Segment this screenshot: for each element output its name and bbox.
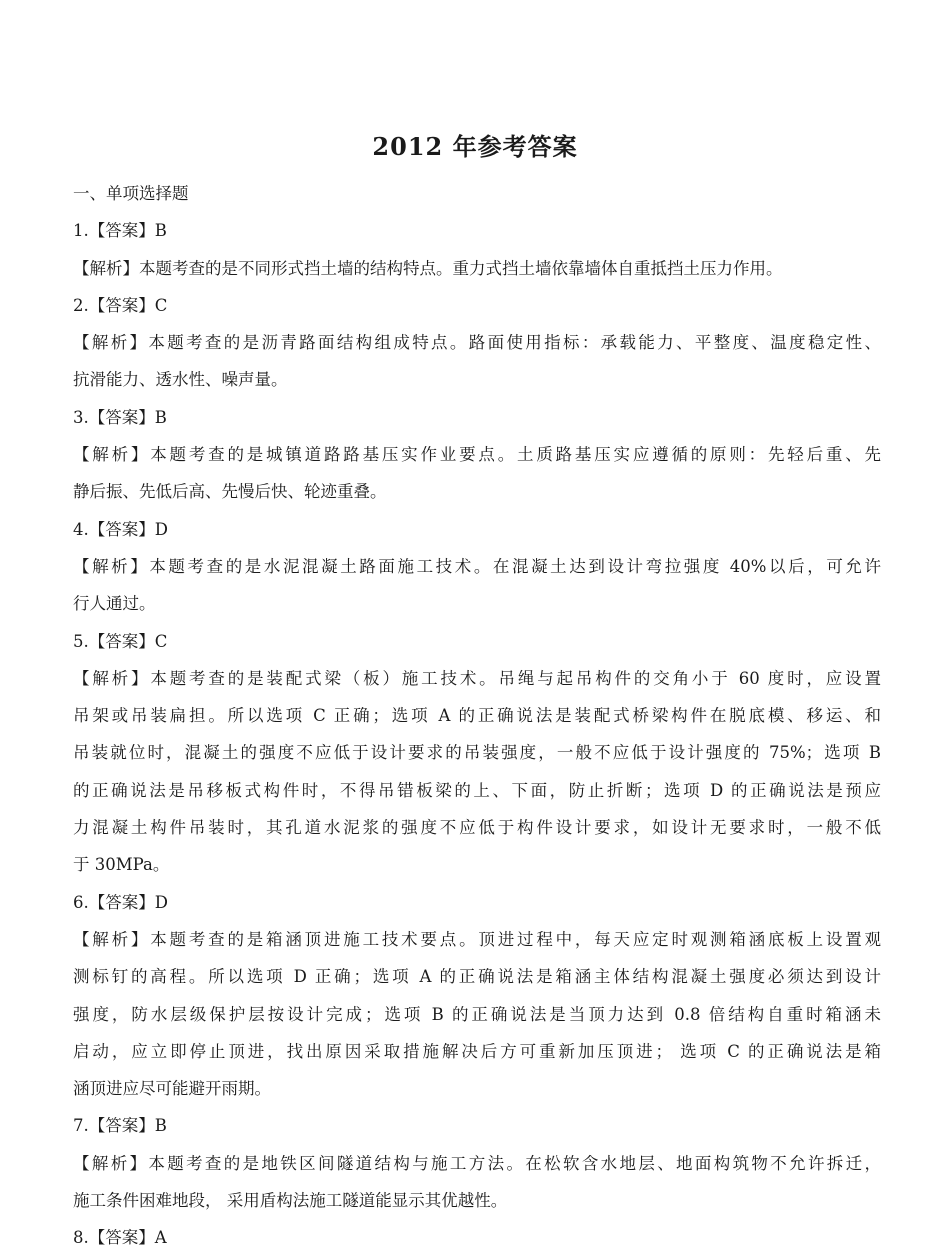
analysis-line: 抗滑能力、透水性、噪声量。: [73, 361, 881, 398]
analysis-line: 【解析】本题考查的是沥青路面结构组成特点。路面使用指标：承载能力、平整度、温度稳…: [73, 324, 881, 361]
answer-line-1: 1.【答案】B: [73, 212, 881, 249]
page-title: 2012 年参考答案: [0, 127, 950, 162]
analysis-line: 强度，防水层级保护层按设计完成；选项 B 的正确说法是当顶力达到 0.8 倍结构…: [73, 996, 881, 1033]
analysis-line: 【解析】本题考查的是城镇道路路基压实作业要点。土质路基压实应遵循的原则：先轻后重…: [73, 436, 881, 473]
analysis-line: 【解析】本题考查的是箱涵顶进施工技术要点。顶进过程中，每天应定时观测箱涵底板上设…: [73, 921, 881, 958]
analysis-line: 【解析】本题考查的是装配式梁（板）施工技术。吊绳与起吊构件的交角小于 60 度时…: [73, 660, 881, 697]
analysis-line: 【解析】本题考查的是地铁区间隧道结构与施工方法。在松软含水地层、地面构筑物不允许…: [73, 1145, 881, 1182]
section-heading: 一、单项选择题: [73, 175, 881, 212]
analysis-line: 涵顶进应尽可能避开雨期。: [73, 1070, 881, 1107]
analysis-line: 测标钉的高程。所以选项 D 正确；选项 A 的正确说法是箱涵主体结构混凝土强度必…: [73, 958, 881, 995]
document-page: 2012 年参考答案 一、单项选择题 1.【答案】B 【解析】本题考查的是不同形…: [0, 0, 950, 1250]
analysis-line: 静后振、先低后高、先慢后快、轮迹重叠。: [73, 473, 881, 510]
answer-line-2: 2.【答案】C: [73, 287, 881, 324]
answer-line-6: 6.【答案】D: [73, 884, 881, 921]
analysis-line: 吊装就位时，混凝土的强度不应低于设计要求的吊装强度，一般不应低于设计强度的 75…: [73, 734, 881, 771]
answer-content: 一、单项选择题 1.【答案】B 【解析】本题考查的是不同形式挡土墙的结构特点。重…: [73, 175, 881, 1250]
analysis-line: 【解析】本题考查的是水泥混凝土路面施工技术。在混凝土达到设计弯拉强度 40%以后…: [73, 548, 881, 585]
analysis-line: 于 30MPa。: [73, 846, 881, 883]
analysis-line: 力混凝土构件吊装时，其孔道水泥浆的强度不应低于构件设计要求，如设计无要求时，一般…: [73, 809, 881, 846]
analysis-line: 【解析】本题考查的是不同形式挡土墙的结构特点。重力式挡土墙依靠墙体自重抵挡土压力…: [73, 250, 881, 287]
answer-line-7: 7.【答案】B: [73, 1107, 881, 1144]
analysis-line: 启动，应立即停止顶进，找出原因采取措施解决后方可重新加压顶进； 选项 C 的正确…: [73, 1033, 881, 1070]
analysis-line: 施工条件困难地段， 采用盾构法施工隧道能显示其优越性。: [73, 1182, 881, 1219]
answer-line-3: 3.【答案】B: [73, 399, 881, 436]
analysis-line: 吊架或吊装扁担。所以选项 C 正确；选项 A 的正确说法是装配式桥梁构件在脱底模…: [73, 697, 881, 734]
answer-line-4: 4.【答案】D: [73, 511, 881, 548]
answer-line-5: 5.【答案】C: [73, 623, 881, 660]
analysis-line: 的正确说法是吊移板式构件时，不得吊错板梁的上、下面，防止折断；选项 D 的正确说…: [73, 772, 881, 809]
analysis-line: 行人通过。: [73, 585, 881, 622]
answer-line-8: 8.【答案】A: [73, 1219, 881, 1250]
